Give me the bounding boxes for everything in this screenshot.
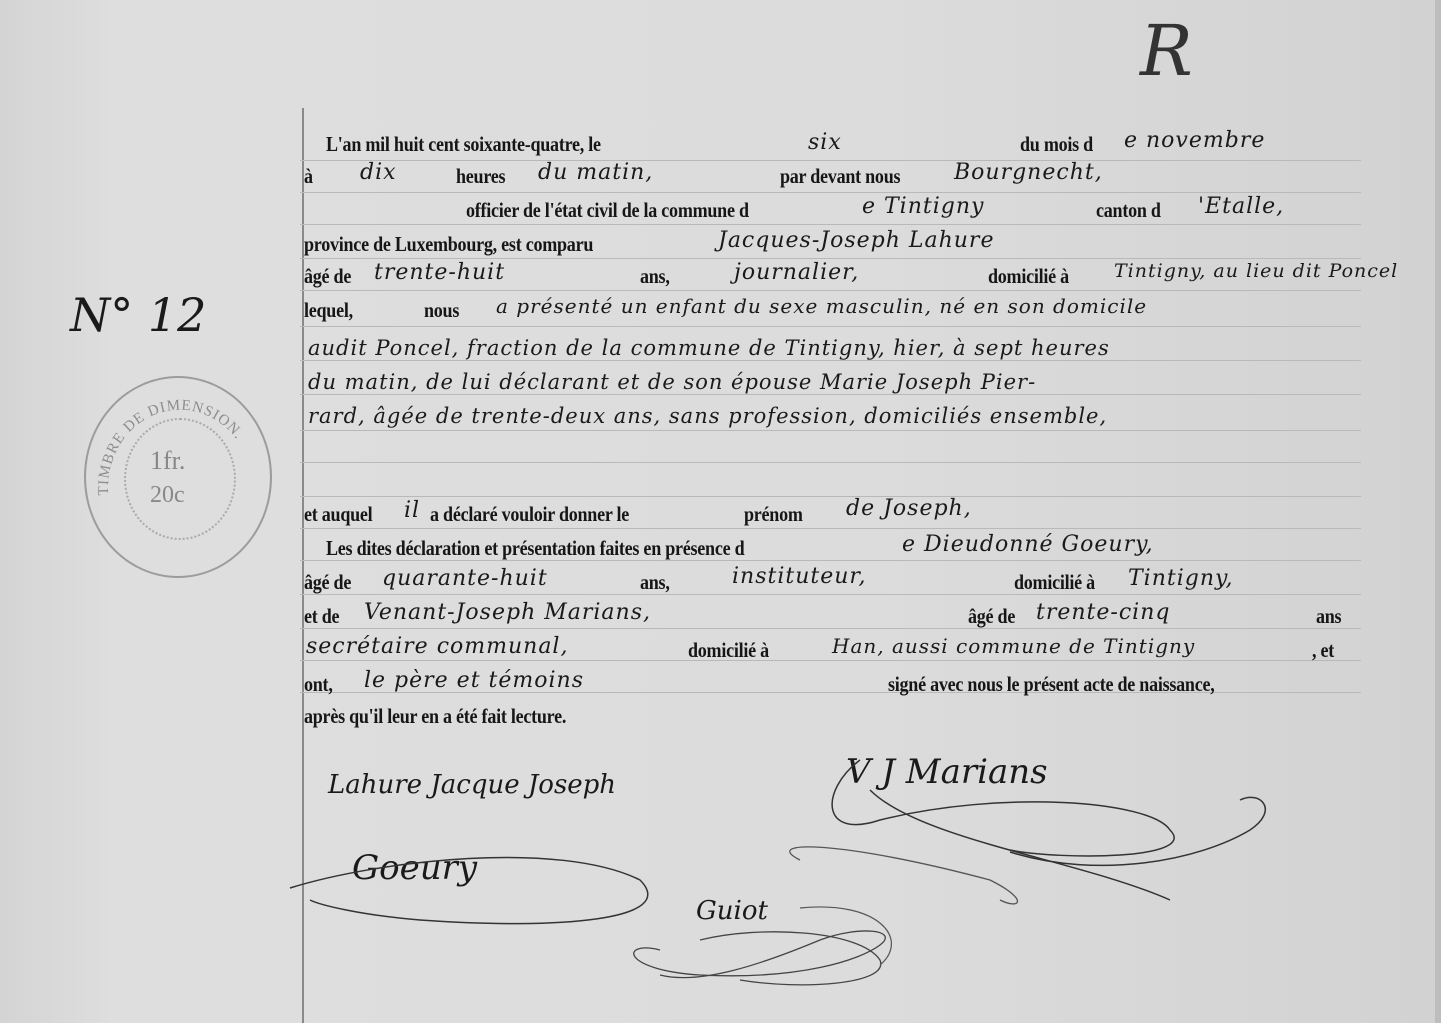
printed-text: , et [1312, 638, 1334, 663]
ruled-line [300, 528, 1361, 529]
ruled-line [300, 192, 1361, 193]
handwritten-text: du matin, [538, 160, 653, 185]
ruled-line [300, 462, 1361, 463]
ruled-line [300, 430, 1361, 431]
ruled-line [300, 628, 1361, 629]
ruled-line [300, 224, 1361, 225]
handwritten-text: trente-huit [374, 260, 505, 285]
printed-text: âgé de [304, 570, 351, 595]
ruled-line [300, 660, 1361, 661]
handwritten-text: six [808, 130, 842, 155]
handwritten-text: quarante-huit [382, 566, 548, 591]
printed-text: après qu'il leur en a été fait lecture. [304, 704, 566, 729]
printed-text: domicilié à [1014, 570, 1095, 595]
stamp-value-centimes: 20c [150, 482, 185, 509]
printed-text: Les dites déclaration et présentation fa… [326, 536, 744, 561]
document-page: R N° 12 TIMBRE DE DIMENSION. 1fr. 20c L'… [0, 0, 1441, 1023]
printed-text: ont, [304, 672, 333, 697]
printed-text: canton d [1096, 198, 1161, 223]
handwritten-text: le père et témoins [364, 668, 584, 693]
handwritten-text: journalier, [734, 260, 859, 285]
handwritten-text: de Joseph, [846, 496, 972, 521]
handwritten-text: a présenté un enfant du sexe masculin, n… [496, 294, 1147, 318]
handwritten-text: rard, âgée de trente-deux ans, sans prof… [308, 404, 1107, 428]
printed-text: L'an mil huit cent soixante-quatre, le [326, 132, 601, 157]
handwritten-text: du matin, de lui déclarant et de son épo… [308, 370, 1036, 394]
ruled-line [300, 290, 1361, 291]
tax-stamp: TIMBRE DE DIMENSION. 1fr. 20c [84, 376, 272, 578]
handwritten-text: Tintigny, [1128, 566, 1234, 591]
printed-text: domicilié à [988, 264, 1069, 289]
handwritten-text: e novembre [1124, 128, 1265, 153]
printed-text: a déclaré vouloir donner le [430, 502, 629, 527]
acte-number: N° 12 [70, 288, 206, 342]
printed-text: par devant nous [780, 164, 900, 189]
ruled-line [300, 326, 1361, 327]
signature-father: Lahure Jacque Joseph [328, 770, 616, 800]
signature-witness-goeury: Goeury [352, 848, 477, 888]
handwritten-text: e Tintigny [862, 194, 984, 219]
handwritten-text: Bourgnecht, [954, 160, 1103, 185]
printed-text: domicilié à [688, 638, 769, 663]
printed-text: ans, [640, 570, 670, 595]
printed-text: et de [304, 604, 339, 629]
handwritten-text: 'Etalle, [1198, 194, 1284, 219]
ruled-line [300, 258, 1361, 259]
folio-mark: R [1140, 10, 1193, 92]
printed-text: prénom [744, 502, 803, 527]
handwritten-text: Venant-Joseph Marians, [364, 600, 651, 625]
signature-witness-marians: V J Marians [846, 752, 1048, 792]
printed-text: du mois d [1020, 132, 1093, 157]
printed-text: nous [424, 298, 459, 323]
stamp-value-francs: 1fr. [150, 446, 185, 476]
printed-text: âgé de [968, 604, 1015, 629]
handwritten-text: il [404, 498, 420, 523]
printed-text: province de Luxembourg, est comparu [304, 232, 593, 257]
printed-text: âgé de [304, 264, 351, 289]
ruled-line [300, 160, 1361, 161]
printed-text: ans [1316, 604, 1341, 629]
printed-text: et auquel [304, 502, 372, 527]
handwritten-text: Jacques-Joseph Lahure [718, 228, 994, 253]
handwritten-text: secrétaire communal, [306, 634, 568, 659]
handwritten-text: trente-cinq [1036, 600, 1170, 625]
stamp-wreath [124, 418, 236, 540]
printed-text: ans, [640, 264, 670, 289]
printed-text: lequel, [304, 298, 353, 323]
printed-text: officier de l'état civil de la commune d [466, 198, 749, 223]
printed-text: signé avec nous le présent acte de naiss… [888, 672, 1214, 697]
printed-text: heures [456, 164, 505, 189]
handwritten-text: Tintigny, au lieu dit Poncel [1114, 260, 1398, 282]
ruled-line [300, 360, 1361, 361]
printed-text: à [304, 164, 313, 189]
page-edge [1435, 0, 1441, 1023]
ruled-line [300, 496, 1361, 497]
ruled-line [300, 394, 1361, 395]
handwritten-text: e Dieudonné Goeury, [902, 532, 1154, 557]
ruled-line [300, 594, 1361, 595]
handwritten-text: Han, aussi commune de Tintigny [832, 634, 1195, 658]
signature-officer-guiot: Guiot [696, 896, 768, 926]
handwritten-text: audit Poncel, fraction de la commune de … [308, 336, 1110, 360]
handwritten-text: instituteur, [732, 564, 867, 589]
handwritten-text: dix [360, 160, 397, 185]
